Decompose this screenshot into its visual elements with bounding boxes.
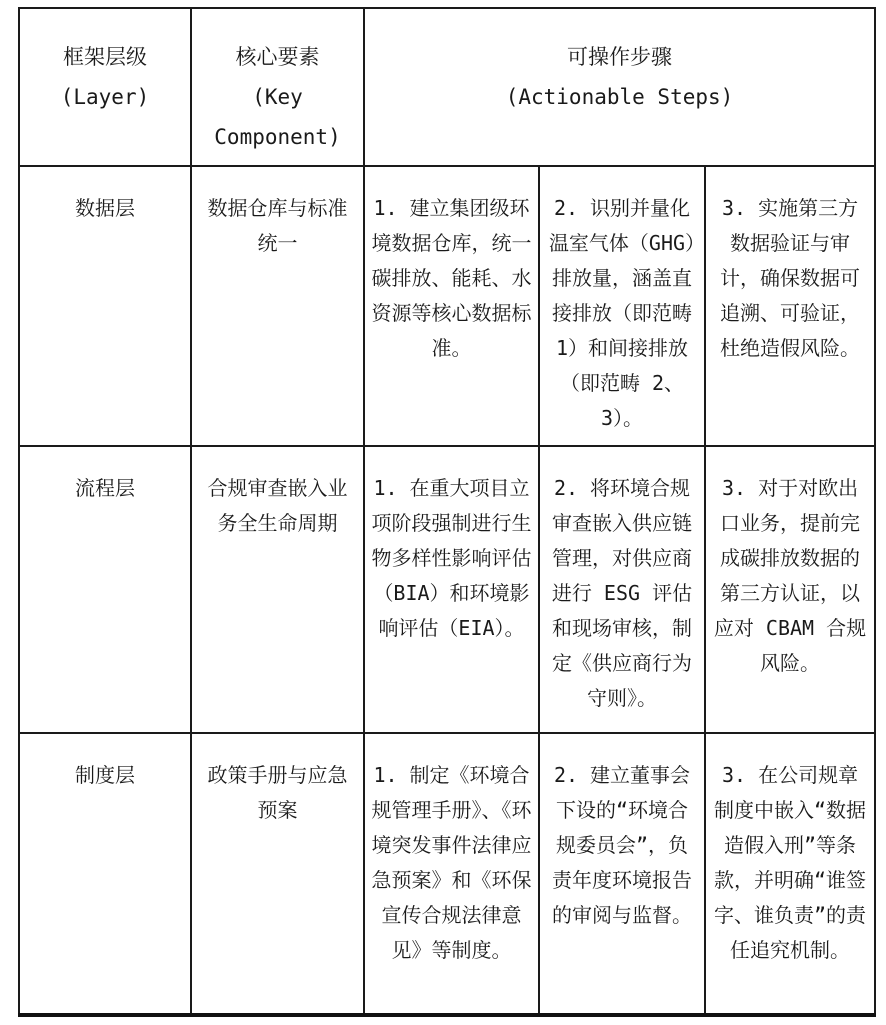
header-steps-en: (Actionable Steps) xyxy=(371,77,868,117)
layer-name-cell: 流程层 xyxy=(19,446,191,733)
header-cell-layer: 框架层级 (Layer) xyxy=(19,8,191,166)
step-cell-3: 3. 在公司规章制度中嵌入“数据造假入刑”等条款，并明确“谁签字、谁负责”的责任… xyxy=(705,733,875,1015)
key-component-cell: 数据仓库与标准统一 xyxy=(191,166,364,446)
header-cell-component: 核心要素 (Key Component) xyxy=(191,8,364,166)
layer-name-cell: 数据层 xyxy=(19,166,191,446)
step-cell-3: 3. 对于对欧出口业务，提前完成碳排放数据的第三方认证，以应对 CBAM 合规风… xyxy=(705,446,875,733)
layer-name-cell: 制度层 xyxy=(19,733,191,1015)
step-cell-2: 2. 将环境合规审查嵌入供应链管理，对供应商进行 ESG 评估和现场审核，制定《… xyxy=(539,446,705,733)
table-row-process-layer: 流程层 合规审查嵌入业务全生命周期 1. 在重大项目立项阶段强制进行生物多样性影… xyxy=(19,446,875,733)
header-component-en: (Key Component) xyxy=(198,77,357,157)
key-component-cell: 政策手册与应急预案 xyxy=(191,733,364,1015)
step-cell-3: 3. 实施第三方数据验证与审计，确保数据可追溯、可验证，杜绝造假风险。 xyxy=(705,166,875,446)
key-component-cell: 合规审查嵌入业务全生命周期 xyxy=(191,446,364,733)
table-row-data-layer: 数据层 数据仓库与标准统一 1. 建立集团级环境数据仓库，统一碳排放、能耗、水资… xyxy=(19,166,875,446)
document-page: 框架层级 (Layer) 核心要素 (Key Component) 可操作步骤 … xyxy=(0,0,886,1025)
step-cell-1: 1. 在重大项目立项阶段强制进行生物多样性影响评估（BIA）和环境影响评估（EI… xyxy=(364,446,539,733)
step-cell-2: 2. 建立董事会下设的“环境合规委员会”，负责年度环境报告的审阅与监督。 xyxy=(539,733,705,1015)
header-layer-zh: 框架层级 xyxy=(26,37,184,77)
step-cell-1: 1. 制定《环境合规管理手册》、《环境突发事件法律应急预案》和《环保宣传合规法律… xyxy=(364,733,539,1015)
header-steps-zh: 可操作步骤 xyxy=(371,37,868,77)
step-cell-1: 1. 建立集团级环境数据仓库，统一碳排放、能耗、水资源等核心数据标准。 xyxy=(364,166,539,446)
header-layer-en: (Layer) xyxy=(26,77,184,117)
table-row-policy-layer: 制度层 政策手册与应急预案 1. 制定《环境合规管理手册》、《环境突发事件法律应… xyxy=(19,733,875,1015)
compliance-framework-table: 框架层级 (Layer) 核心要素 (Key Component) 可操作步骤 … xyxy=(18,7,876,1017)
header-row: 框架层级 (Layer) 核心要素 (Key Component) 可操作步骤 … xyxy=(19,8,875,166)
step-cell-2: 2. 识别并量化温室气体（GHG）排放量，涵盖直接排放（即范畴 1）和间接排放（… xyxy=(539,166,705,446)
header-cell-steps: 可操作步骤 (Actionable Steps) xyxy=(364,8,875,166)
header-component-zh: 核心要素 xyxy=(198,37,357,77)
